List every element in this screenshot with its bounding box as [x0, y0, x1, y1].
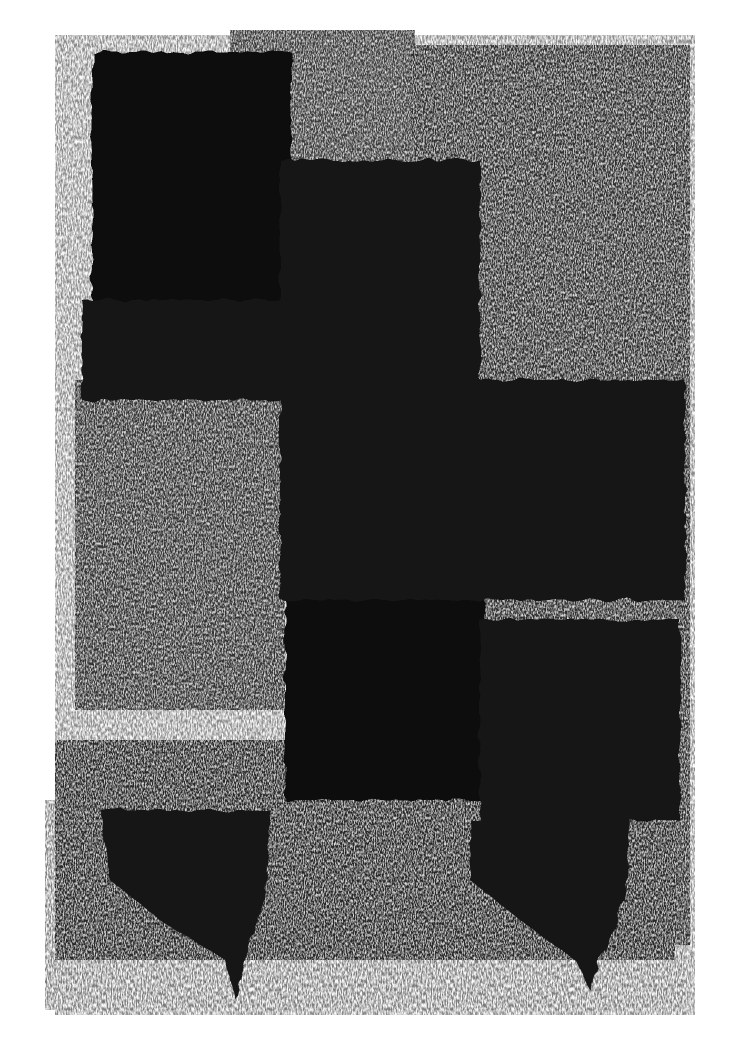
abstract-print-artwork — [0, 0, 751, 1063]
